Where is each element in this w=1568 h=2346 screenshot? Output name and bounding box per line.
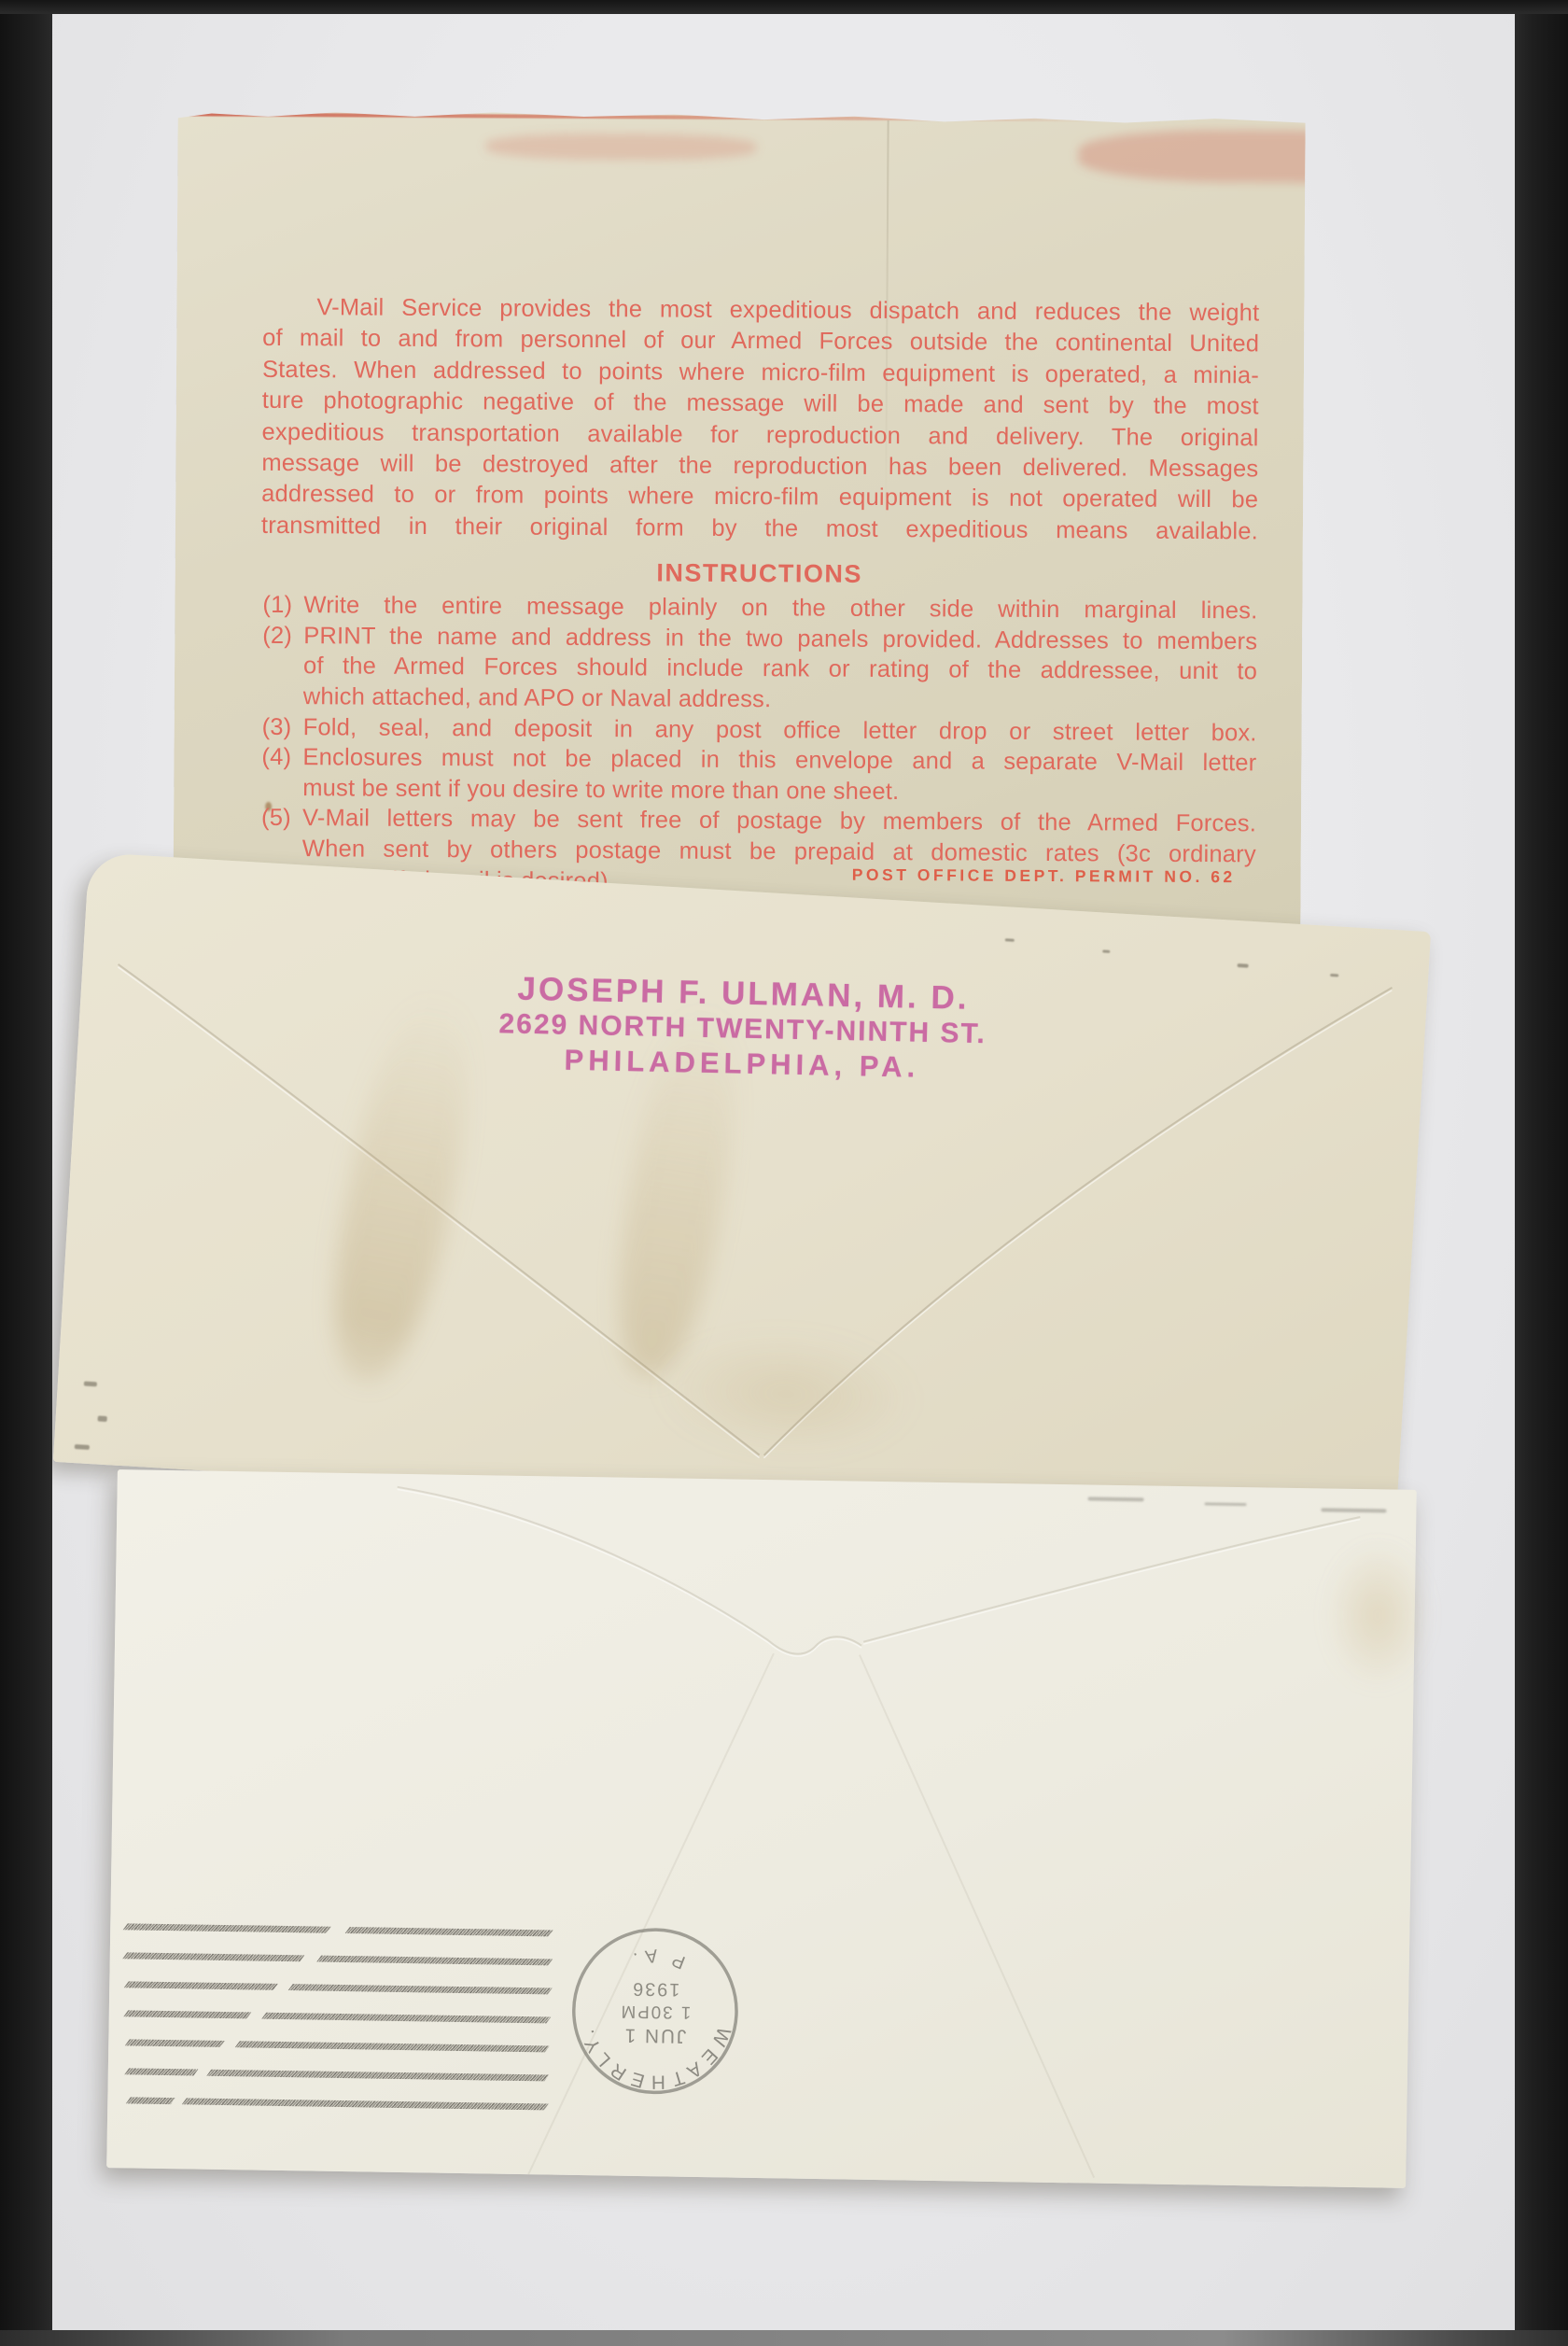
frame-edge-left	[0, 0, 52, 2346]
frame-edge-bottom	[0, 2330, 1568, 2346]
postmark: WEATHERLY. P A. JUN 1 1 30PM 1936	[561, 1918, 749, 2105]
permit-line: POST OFFICE DEPT. PERMIT NO. 62	[788, 864, 1236, 887]
cancellation-bar	[126, 2097, 175, 2104]
instruction-item: (4) Enclosures must not be placed in thi…	[259, 742, 1256, 809]
vmail-text-block: V-Mail Service provides the most expedit…	[259, 292, 1260, 901]
cancellation-bar	[206, 2070, 549, 2082]
item-number: (4)	[261, 742, 291, 773]
dirt-speck	[98, 1415, 107, 1422]
cancellation-bar	[316, 1956, 553, 1966]
cancellation-bars	[122, 1923, 551, 2113]
dirt-speck	[84, 1382, 97, 1387]
frame-edge-top	[0, 0, 1568, 14]
cancellation-bar	[235, 2041, 550, 2052]
item-number: (5)	[261, 803, 291, 834]
photo-backdrop: V-Mail Service provides the most expedit…	[0, 0, 1568, 2346]
dirt-speck	[1238, 963, 1249, 968]
postmark-date: JUN 1	[623, 2024, 687, 2046]
dirt-speck	[1005, 938, 1015, 942]
vmail-instruction-sheet: V-Mail Service provides the most expedit…	[173, 108, 1305, 936]
cancellation-bar	[124, 2068, 198, 2075]
postmark-state-arc: P A.	[623, 1945, 688, 1974]
postmark-time: 1 30PM	[619, 2002, 691, 2023]
dirt-speck	[75, 1444, 90, 1450]
dirt-speck	[1330, 974, 1338, 977]
cancellation-bar	[125, 2039, 225, 2047]
item-number: (1)	[262, 590, 292, 621]
bottom-envelope: WEATHERLY. P A. JUN 1 1 30PM 1936	[106, 1469, 1417, 2188]
return-address-stamp: JOSEPH F. ULMAN, M. D. 2629 NORTH TWENTY…	[467, 970, 1019, 1087]
cancellation-bar	[123, 2010, 251, 2018]
red-print-smudge	[485, 133, 756, 161]
item-number: (3)	[262, 712, 292, 743]
corner-stain	[1323, 1539, 1432, 1691]
dirt-speck	[1102, 949, 1110, 952]
paragraph-line: transmitted in their original form by th…	[261, 511, 1258, 548]
emboss-diagonal-right	[851, 1655, 1102, 2178]
instructions-title: INSTRUCTIONS	[261, 556, 1258, 591]
cancellation-bar	[261, 2013, 551, 2024]
middle-envelope: JOSEPH F. ULMAN, M. D. 2629 NORTH TWENTY…	[53, 852, 1431, 1541]
cancellation-bar	[288, 1984, 553, 1994]
cancellation-bar	[124, 1981, 278, 1989]
torn-edge-red-line	[189, 112, 1109, 121]
item-number: (2)	[262, 621, 292, 652]
frame-edge-right	[1515, 0, 1568, 2346]
postmark-year: 1936	[631, 1978, 679, 2000]
red-print-smudge	[1078, 129, 1447, 183]
svg-text:P A.: P A.	[623, 1945, 688, 1974]
instruction-item: (2) PRINT the name and address in the tw…	[260, 621, 1258, 718]
emboss-curve-left	[395, 1487, 770, 1640]
cancellation-bar	[122, 1952, 304, 1961]
